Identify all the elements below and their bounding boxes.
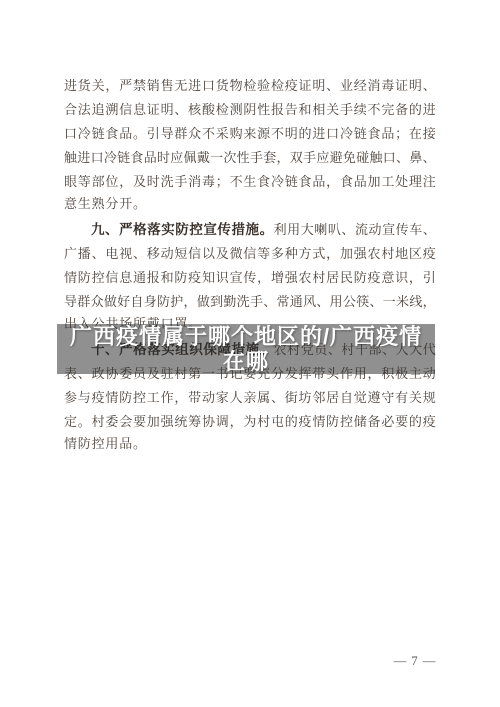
page-number: — 7 — <box>388 654 442 669</box>
text-line: 情防控信息通报和防疫知识宣传，增强农村居民防疫意识，引 <box>64 264 436 288</box>
text-line: 情防控用品。 <box>64 432 436 456</box>
text-line: 定。村委会要加强统筹协调，为村屯的疫情防控储备必要的疫 <box>64 408 436 432</box>
text-line: 意生熟分开。 <box>64 192 436 216</box>
text-line: 合法追溯信息证明、核酸检测阴性报告和相关手续不完备的进 <box>64 96 436 120</box>
text-line: 进货关，严禁销售无进口货物检验检疫证明、业经消毒证明、 <box>64 72 436 96</box>
document-text-block: 进货关，严禁销售无进口货物检验检疫证明、业经消毒证明、合法追溯信息证明、核酸检测… <box>64 72 436 456</box>
text-line: 导群众做好自身防护，做到勤洗手、常通风、用公筷、一米线， <box>64 288 436 312</box>
scanned-document-page: { "page": { "background": "#ffffff", "nu… <box>0 0 500 707</box>
overlay-title-line-1: 广西疫情属于哪个地区的/广西疫情 <box>57 324 435 349</box>
text-line: 九、严格落实防控宣传措施。利用大喇叭、流动宣传车、 <box>64 216 436 240</box>
text-line: 眼等部位，及时洗手消毒；不生食冷链食品，食品加工处理注 <box>64 168 436 192</box>
overlay-banner: 广西疫情属于哪个地区的/广西疫情 在哪 <box>57 324 435 374</box>
text-line: 广播、电视、移动短信以及微信等多种方式，加强农村地区疫 <box>64 240 436 264</box>
text-line: 参与疫情防控工作，带动家人亲属、街坊邻居自觉遵守有关规 <box>64 384 436 408</box>
text-line: 口冷链食品。引导群众不采购来源不明的进口冷链食品；在接 <box>64 120 436 144</box>
overlay-title-line-2: 在哪 <box>57 349 435 374</box>
text-line: 触进口冷链食品时应佩戴一次性手套，双手应避免碰触口、鼻、 <box>64 144 436 168</box>
